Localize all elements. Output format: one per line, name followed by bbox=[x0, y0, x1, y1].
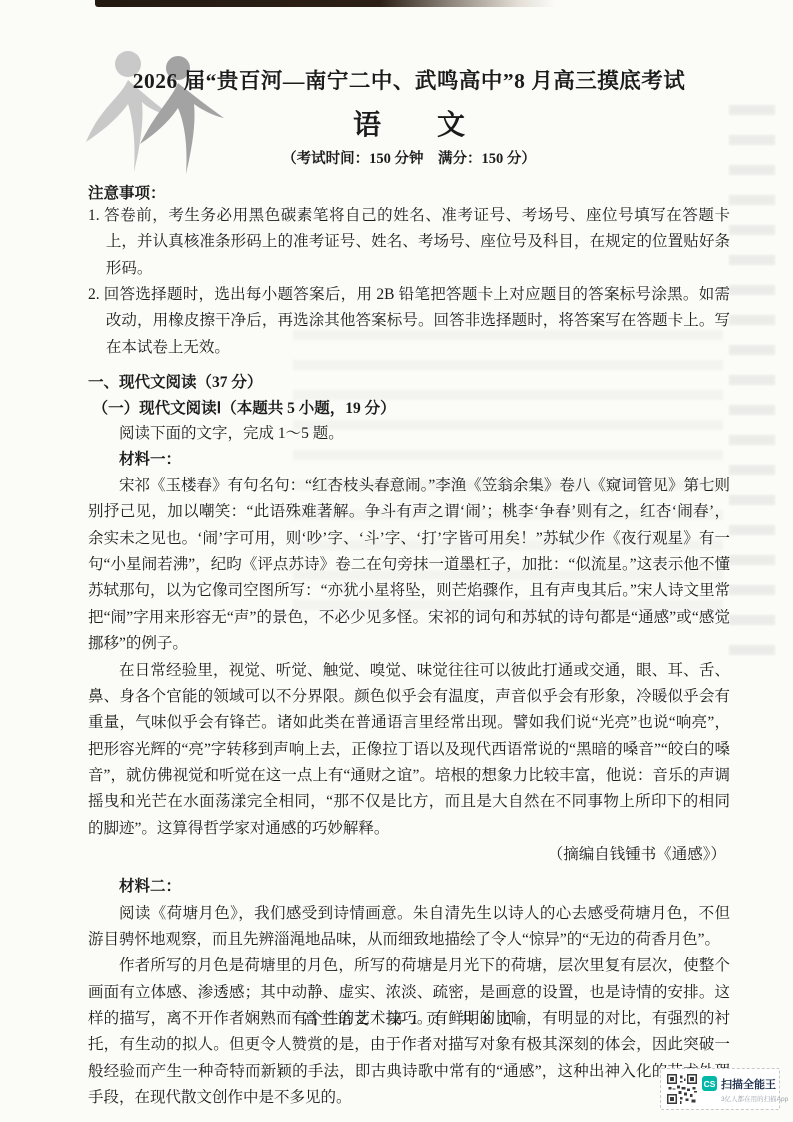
qr-code-icon bbox=[667, 1074, 697, 1104]
camscanner-tagline: 3亿人都在用的扫描App bbox=[702, 1094, 788, 1103]
exam-time-score-info: （考试时间：150 分钟 满分：150 分） bbox=[88, 147, 730, 168]
subject-title: 语 文 bbox=[88, 103, 730, 143]
material-1-attribution: （摘编自钱锺书《通感》） bbox=[88, 842, 730, 868]
section-subheading: （一）现代文阅读Ⅰ（本题共 5 小题，19 分） bbox=[88, 396, 730, 422]
notice-item-1: 1. 答卷前，考生务必用黑色碳素笔将自己的姓名、准考证号、考场号、座位号填写在答… bbox=[88, 203, 730, 282]
material-1-label: 材料一： bbox=[88, 447, 730, 473]
exam-title: 2026 届“贵百河—南宁二中、武鸣高中”8 月高三摸底考试 bbox=[88, 64, 730, 95]
camscanner-watermark: CS 扫描全能王 3亿人都在用的扫描App bbox=[660, 1068, 780, 1110]
camscanner-label-group: CS 扫描全能王 3亿人都在用的扫描App bbox=[702, 1076, 788, 1103]
page-footer: 高三语文 第 1 页 共 8 页 bbox=[88, 1008, 730, 1029]
material-2-paragraph-2: 作者所写的月色是荷塘里的月色，所写的荷塘是月光下的荷塘，层次里复有层次，使整个画… bbox=[88, 953, 730, 1111]
material-2-paragraph-1: 阅读《荷塘月色》，我们感受到诗情画意。朱自清先生以诗人的心去感受荷塘月色，不但游… bbox=[88, 901, 730, 954]
material-1-paragraph-1: 宋祁《玉楼春》有句名句：“红杏枝头春意闹。”李渔《笠翁余集》卷八《窥词管见》第七… bbox=[88, 473, 730, 657]
material-1-paragraph-2: 在日常经验里，视觉、听觉、触觉、嗅觉、味觉往往可以彼此打通或交通，眼、耳、舌、鼻… bbox=[88, 658, 730, 842]
camscanner-app-name: 扫描全能王 bbox=[721, 1076, 776, 1092]
page-content: 2026 届“贵百河—南宁二中、武鸣高中”8 月高三摸底考试 语 文 （考试时间… bbox=[88, 0, 730, 1111]
camscanner-cs-icon: CS bbox=[702, 1076, 717, 1091]
material-2-label: 材料二： bbox=[88, 874, 730, 900]
bleed-through-artifact bbox=[729, 105, 775, 665]
section-heading: 一、现代文阅读（37 分） bbox=[88, 370, 730, 396]
notice-heading: 注意事项： bbox=[88, 181, 730, 203]
scanned-exam-page: 2026 届“贵百河—南宁二中、武鸣高中”8 月高三摸底考试 语 文 （考试时间… bbox=[0, 0, 793, 1122]
reading-instruction: 阅读下面的文字，完成 1～5 题。 bbox=[88, 421, 730, 447]
notice-item-2: 2. 回答选择题时，选出每小题答案后，用 2B 铅笔把答题卡上对应题目的答案标号… bbox=[88, 282, 730, 361]
